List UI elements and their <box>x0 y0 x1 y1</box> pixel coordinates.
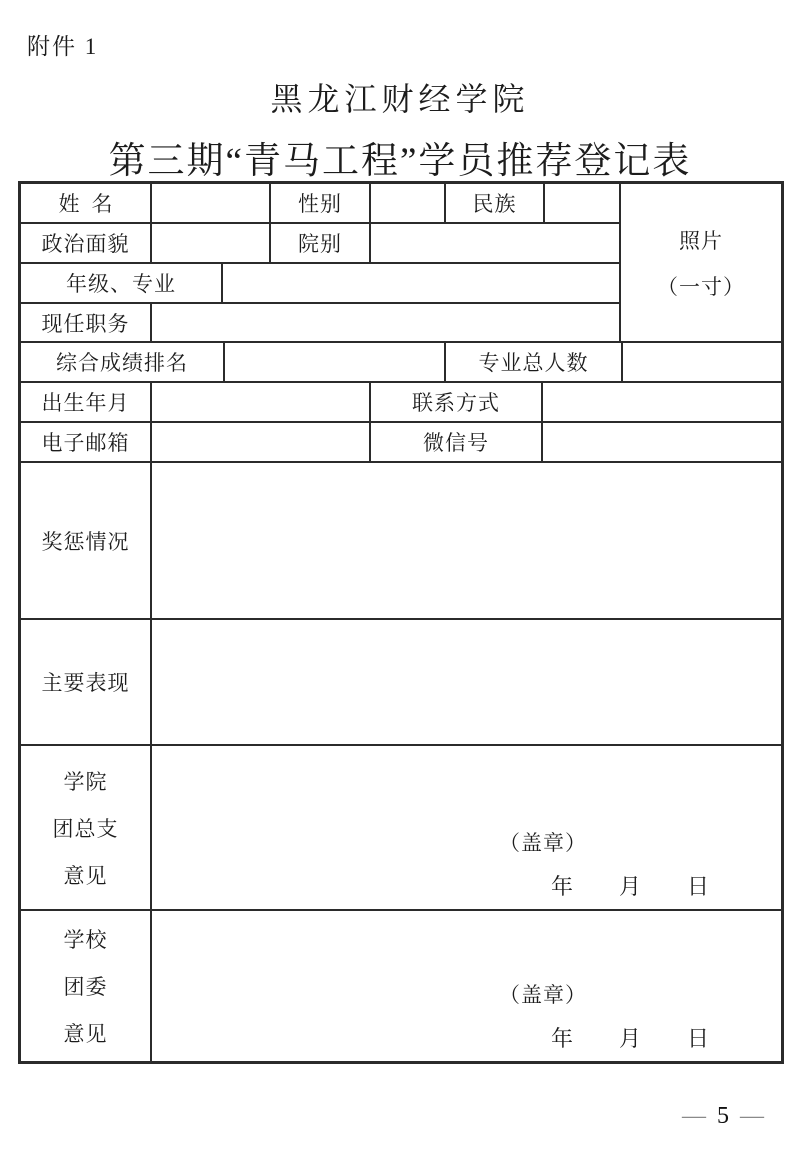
college-value-cell <box>371 224 621 262</box>
university-league-line1: 学校 <box>64 924 108 954</box>
gender-label: 性别 <box>271 184 371 222</box>
league-branch-line1: 学院 <box>64 766 108 796</box>
contact-label: 联系方式 <box>371 383 543 421</box>
date-line: 年 月 日 <box>152 870 781 901</box>
year-label: 年 <box>551 870 573 901</box>
wechat-label: 微信号 <box>371 423 543 461</box>
league-branch-line3: 意见 <box>64 860 108 890</box>
row-rank-total: 综合成绩排名 专业总人数 <box>21 343 781 383</box>
university-league-opinion-cell: （盖章） 年 月 日 <box>152 911 781 1061</box>
document-title-form: 第三期“青马工程”学员推荐登记表 <box>0 130 800 184</box>
league-branch-opinion-cell: （盖章） 年 月 日 <box>152 746 781 909</box>
university-league-line2: 团委 <box>64 971 108 1001</box>
row-current-position: 现任职务 <box>21 304 621 341</box>
rewards-value-cell <box>152 463 781 618</box>
rewards-label: 奖惩情况 <box>21 463 152 618</box>
ethnicity-value-cell <box>545 184 621 222</box>
birth-date-label: 出生年月 <box>21 383 152 421</box>
college-label: 院别 <box>271 224 371 262</box>
major-total-label: 专业总人数 <box>446 343 623 381</box>
year-label: 年 <box>551 1022 573 1053</box>
league-branch-line2: 团总支 <box>53 813 119 843</box>
page-number: — 5 — <box>682 1103 764 1130</box>
performance-label: 主要表现 <box>21 620 152 744</box>
current-position-value-cell <box>152 304 621 341</box>
email-label: 电子邮箱 <box>21 423 152 461</box>
page-number-value: 5 <box>717 1103 729 1130</box>
ethnicity-label: 民族 <box>446 184 545 222</box>
stamp-label: （盖章） <box>499 827 781 857</box>
rank-value-cell <box>225 343 446 381</box>
birth-date-value-cell <box>152 383 371 421</box>
photo-cell: 照片 （一寸） <box>621 184 781 341</box>
registration-form-table: 姓名 性别 民族 政治面貌 院别 年级、专业 现任职务 <box>18 181 784 1064</box>
attachment-label: 附件 1 <box>27 28 98 61</box>
row-university-league-opinion: 学校 团委 意见 （盖章） 年 月 日 <box>21 911 781 1061</box>
wechat-value-cell <box>543 423 781 461</box>
stamp-label: （盖章） <box>499 979 781 1009</box>
day-label: 日 <box>687 870 709 901</box>
email-value-cell <box>152 423 371 461</box>
row-name-gender-ethnicity: 姓名 性别 民族 <box>21 184 621 224</box>
contact-value-cell <box>543 383 781 421</box>
row-birth-contact: 出生年月 联系方式 <box>21 383 781 423</box>
photo-size-label: （一寸） <box>657 271 745 301</box>
row-email-wechat: 电子邮箱 微信号 <box>21 423 781 463</box>
page-number-dash-right: — <box>740 1103 764 1130</box>
gender-value-cell <box>371 184 446 222</box>
row-league-branch-opinion: 学院 团总支 意见 （盖章） 年 月 日 <box>21 746 781 911</box>
political-status-value-cell <box>152 224 271 262</box>
rank-label: 综合成绩排名 <box>21 343 225 381</box>
performance-value-cell <box>152 620 781 744</box>
major-total-value-cell <box>623 343 781 381</box>
grade-major-value-cell <box>223 264 621 302</box>
university-league-opinion-label: 学校 团委 意见 <box>21 911 152 1061</box>
photo-label: 照片 <box>679 225 723 255</box>
political-status-label: 政治面貌 <box>21 224 152 262</box>
form-top-section: 姓名 性别 民族 政治面貌 院别 年级、专业 现任职务 <box>21 184 781 343</box>
row-rewards: 奖惩情况 <box>21 463 781 620</box>
league-branch-opinion-label: 学院 团总支 意见 <box>21 746 152 909</box>
month-label: 月 <box>619 1022 641 1053</box>
grade-major-label: 年级、专业 <box>21 264 223 302</box>
name-label: 姓名 <box>21 184 152 222</box>
page-number-dash-left: — <box>682 1103 706 1130</box>
day-label: 日 <box>687 1022 709 1053</box>
current-position-label: 现任职务 <box>21 304 152 341</box>
row-political-college: 政治面貌 院别 <box>21 224 621 264</box>
date-line: 年 月 日 <box>152 1022 781 1053</box>
university-league-line3: 意见 <box>64 1018 108 1048</box>
name-value-cell <box>152 184 271 222</box>
month-label: 月 <box>619 870 641 901</box>
row-grade-major: 年级、专业 <box>21 264 621 304</box>
row-performance: 主要表现 <box>21 620 781 746</box>
document-title-institution: 黑龙江财经学院 <box>0 74 800 120</box>
